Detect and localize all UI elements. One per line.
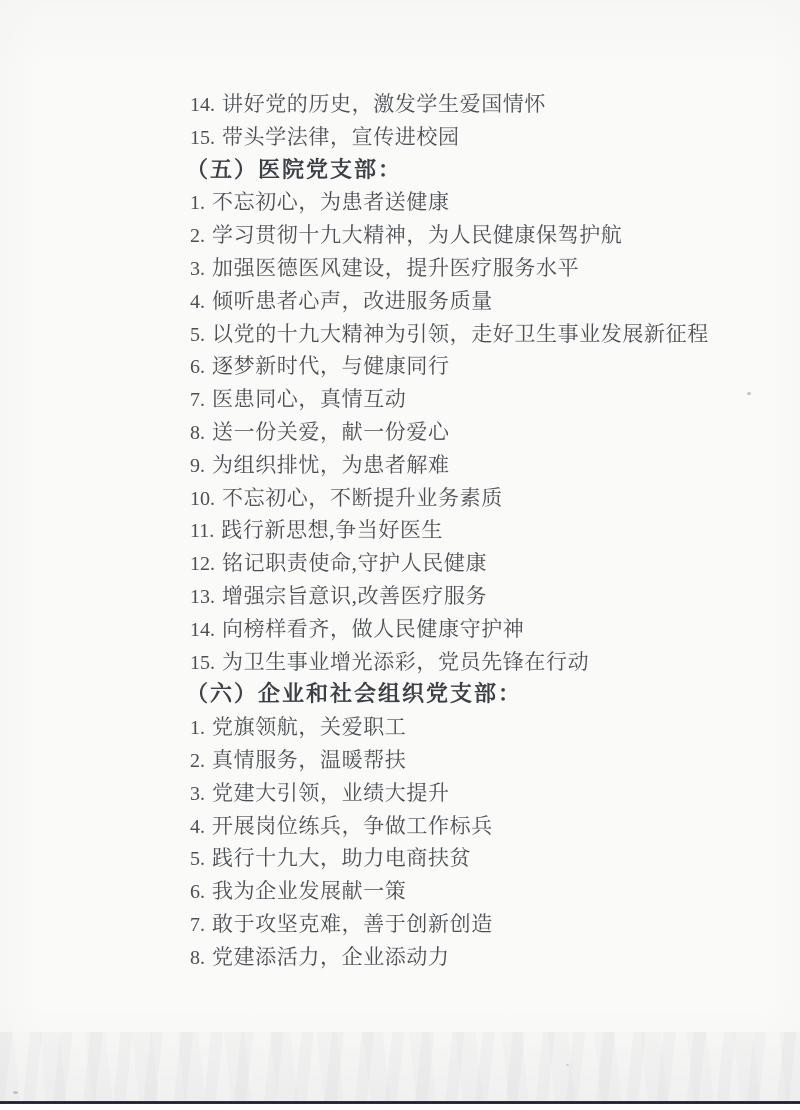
section-heading: （六）企业和社会组织党支部： [186, 678, 709, 711]
item-number: 7. [190, 909, 205, 942]
item-text: 践行新思想,争当好医生 [221, 518, 443, 542]
item-text: 践行十九大，助力电商扶贫 [212, 846, 471, 870]
item-number: 1. [190, 712, 205, 745]
list-item: 14.讲好党的历史，激发学生爱国情怀 [190, 88, 709, 121]
item-text: 我为企业发展献一策 [212, 879, 406, 903]
item-number: 14. [190, 614, 215, 647]
item-text: 为组织排忧，为患者解难 [212, 453, 450, 477]
item-number: 7. [190, 384, 205, 417]
list-item: 6.我为企业发展献一策 [190, 875, 709, 908]
item-text: 增强宗旨意识,改善医疗服务 [222, 584, 487, 608]
list-item: 1.不忘初心，为患者送健康 [190, 186, 709, 219]
item-number: 12. [190, 548, 215, 581]
list-item: 8.党建添活力，企业添动力 [190, 941, 709, 974]
list-item: 2.学习贯彻十九大精神，为人民健康保驾护航 [190, 219, 709, 252]
list-item: 10.不忘初心，不断提升业务素质 [190, 482, 709, 515]
item-number: 4. [190, 811, 205, 844]
scan-speck [566, 1064, 569, 1066]
list-item: 15.带头学法律，宣传进校园 [190, 121, 709, 154]
item-number: 6. [190, 351, 205, 384]
list-item: 8.送一份关爱，献一份爱心 [190, 416, 709, 449]
item-text: 党旗领航，关爱职工 [212, 715, 406, 739]
item-number: 6. [190, 876, 205, 909]
list-item: 3.加强医德医风建设，提升医疗服务水平 [190, 252, 709, 285]
item-text: 以党的十九大精神为引领，走好卫生事业发展新征程 [212, 322, 709, 346]
item-text: 敢于攻坚克难，善于创新创造 [212, 912, 493, 936]
item-number: 9. [190, 450, 205, 483]
item-text: 向榜样看齐，做人民健康守护神 [222, 617, 524, 641]
item-text: 党建添活力，企业添动力 [212, 945, 450, 969]
list-item: 14.向榜样看齐，做人民健康守护神 [190, 613, 709, 646]
item-text: 逐梦新时代，与健康同行 [212, 354, 450, 378]
item-number: 13. [190, 581, 215, 614]
item-text: 医患同心，真情互动 [212, 387, 406, 411]
item-number: 1. [190, 187, 205, 220]
item-number: 8. [190, 942, 205, 975]
list-item: 4.倾听患者心声，改进服务质量 [190, 285, 709, 318]
scanned-document-page: 14.讲好党的历史，激发学生爱国情怀15.带头学法律，宣传进校园（五）医院党支部… [0, 0, 800, 1110]
list-item: 6.逐梦新时代，与健康同行 [190, 350, 709, 383]
item-number: 14. [190, 89, 215, 122]
list-item: 15.为卫生事业增光添彩，党员先锋在行动 [190, 646, 709, 679]
list-item: 2.真情服务，温暖帮扶 [190, 744, 709, 777]
item-number: 3. [190, 778, 205, 811]
item-number: 11. [190, 515, 214, 548]
item-text: 真情服务，温暖帮扶 [212, 748, 406, 772]
item-number: 4. [190, 286, 205, 319]
list-item: 4.开展岗位练兵，争做工作标兵 [190, 810, 709, 843]
item-text: 送一份关爱，献一份爱心 [212, 420, 450, 444]
item-number: 15. [190, 647, 215, 680]
list-item: 11.践行新思想,争当好医生 [190, 514, 709, 547]
item-number: 3. [190, 253, 205, 286]
item-number: 2. [190, 745, 205, 778]
item-text: 倾听患者心声，改进服务质量 [212, 289, 493, 313]
item-number: 5. [190, 843, 205, 876]
item-text: 为卫生事业增光添彩，党员先锋在行动 [222, 650, 589, 674]
list-item: 9.为组织排忧，为患者解难 [190, 449, 709, 482]
item-text: 学习贯彻十九大精神，为人民健康保驾护航 [212, 223, 622, 247]
item-text: 带头学法律，宣传进校园 [222, 125, 460, 149]
list-item: 12.铭记职责使命,守护人民健康 [190, 547, 709, 580]
scan-speck [747, 392, 751, 395]
item-number: 15. [190, 122, 215, 155]
list-item: 7.敢于攻坚克难，善于创新创造 [190, 908, 709, 941]
item-text: 铭记职责使命,守护人民健康 [222, 551, 487, 575]
item-text: 开展岗位练兵，争做工作标兵 [212, 814, 493, 838]
item-number: 2. [190, 220, 205, 253]
item-text: 不忘初心，为患者送健康 [212, 190, 450, 214]
scan-speck [13, 1091, 18, 1094]
section-heading: （五）医院党支部： [186, 154, 709, 187]
scan-texture-band [0, 1032, 800, 1101]
item-number: 8. [190, 417, 205, 450]
list-item: 3.党建大引领，业绩大提升 [190, 777, 709, 810]
scan-bottom-margin [0, 1104, 800, 1110]
document-body: 14.讲好党的历史，激发学生爱国情怀15.带头学法律，宣传进校园（五）医院党支部… [190, 88, 709, 974]
item-text: 不忘初心，不断提升业务素质 [222, 486, 503, 510]
list-item: 7.医患同心，真情互动 [190, 383, 709, 416]
list-item: 13.增强宗旨意识,改善医疗服务 [190, 580, 709, 613]
item-number: 10. [190, 483, 215, 516]
item-text: 加强医德医风建设，提升医疗服务水平 [212, 256, 579, 280]
list-item: 5.践行十九大，助力电商扶贫 [190, 842, 709, 875]
item-text: 党建大引领，业绩大提升 [212, 781, 450, 805]
item-number: 5. [190, 319, 205, 352]
list-item: 1.党旗领航，关爱职工 [190, 711, 709, 744]
list-item: 5.以党的十九大精神为引领，走好卫生事业发展新征程 [190, 318, 709, 351]
item-text: 讲好党的历史，激发学生爱国情怀 [222, 92, 546, 116]
